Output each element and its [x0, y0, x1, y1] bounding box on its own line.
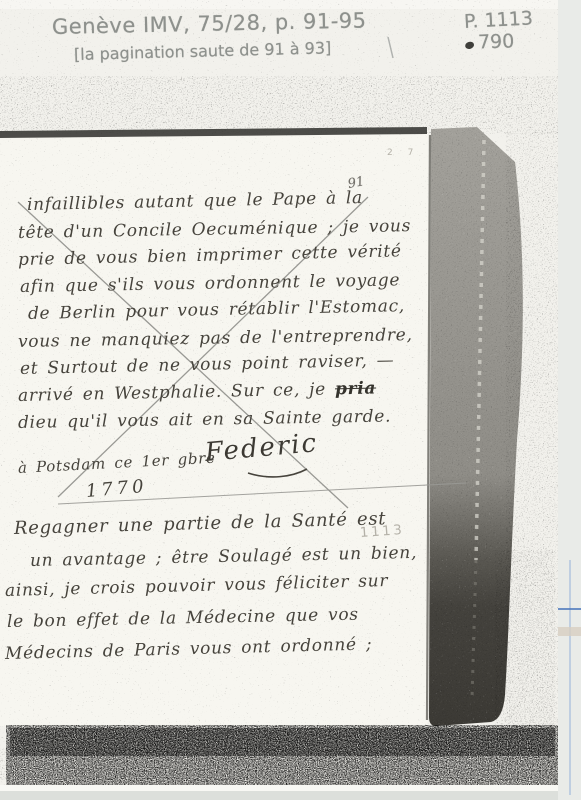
catalog-number: 790 — [465, 30, 515, 54]
photocopy-sheet: Genève IMV, 75/28, p. 91-95 [la paginati… — [0, 0, 581, 800]
corner-marks: 2 7 — [387, 148, 419, 158]
ink-dot-icon — [464, 41, 475, 50]
catalog-reference: P. 1113 — [463, 7, 533, 33]
scan-noise-band-top — [0, 76, 575, 134]
struck-word: pria — [335, 379, 377, 400]
